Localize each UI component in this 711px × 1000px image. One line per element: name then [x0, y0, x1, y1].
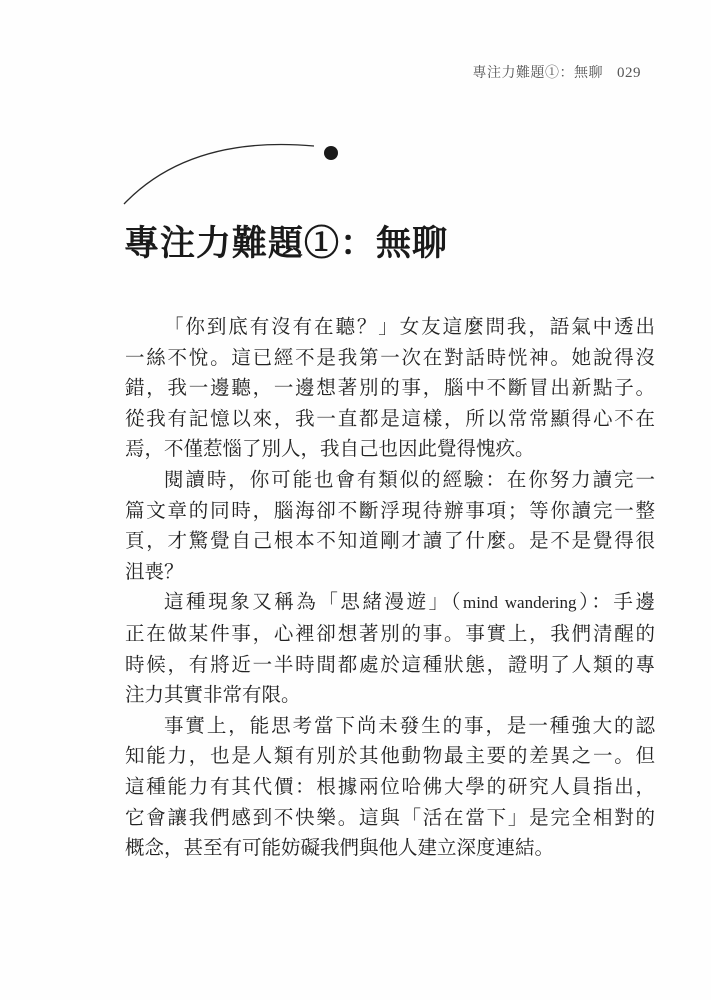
text-line: 焉，不僅惹惱了別人，我自己也因此覺得愧疚。: [125, 434, 655, 465]
text-line: 時候，有將近一半時間都處於這種狀態，證明了人類的專: [125, 650, 655, 681]
text-line: 頁，才驚覺自己根本不知道剛才讀了什麼。是不是覺得很: [125, 526, 655, 557]
text-line: 它會讓我們感到不快樂。這與「活在當下」是完全相對的: [125, 803, 655, 834]
paragraph-3-cont: 正在做某件事，心裡卻想著別的事。事實上，我們清醒的 時候，有將近一半時間都處於這…: [125, 619, 655, 711]
text-line: 正在做某件事，心裡卻想著別的事。事實上，我們清醒的: [125, 619, 655, 650]
text-line: 「你到底有沒有在聽？」女友這麼問我，語氣中透出: [125, 312, 655, 343]
paragraph-4-cont: 知能力，也是人類有別於其他動物最主要的差異之一。但 這種能力有其代價：根據兩位哈…: [125, 741, 655, 863]
paragraph-3: 這種現象又稱為「思緒漫遊」（mind wandering）：手邊: [125, 587, 655, 619]
text-span: 這種現象又稱為「思緒漫遊」（: [164, 590, 463, 613]
text-line: 知能力，也是人類有別於其他動物最主要的差異之一。但: [125, 741, 655, 772]
text-line: 概念，甚至有可能妨礙我們與他人建立深度連結。: [125, 833, 655, 864]
paragraph-2: 閱讀時，你可能也會有類似的經驗：在你努力讀完一: [125, 465, 655, 496]
text-line: 從我有記憶以來，我一直都是這樣，所以常常顯得心不在: [125, 404, 655, 435]
text-line: 事實上，能思考當下尚未發生的事，是一種強大的認: [125, 711, 655, 742]
book-page: 專注力難題①：無聊029 專注力難題①：無聊 「你到底有沒有在聽？」女友這麼問我…: [0, 0, 711, 1000]
text-line: 閱讀時，你可能也會有類似的經驗：在你努力讀完一: [125, 465, 655, 496]
text-line: 篇文章的同時，腦海卻不斷浮現待辦事項；等你讀完一整: [125, 496, 655, 527]
body-text: 「你到底有沒有在聽？」女友這麼問我，語氣中透出 一絲不悅。這已經不是我第一次在對…: [125, 312, 655, 864]
text-line: 錯，我一邊聽，一邊想著別的事，腦中不斷冒出新點子。: [125, 373, 655, 404]
arc-dot-ornament-icon: [0, 0, 711, 230]
text-span: ）：手邊: [577, 590, 655, 613]
paragraph-1: 「你到底有沒有在聽？」女友這麼問我，語氣中透出: [125, 312, 655, 343]
text-line: 沮喪？: [125, 557, 655, 588]
text-line: 注力其實非常有限。: [125, 680, 655, 711]
english-term: mind wandering: [463, 593, 577, 612]
paragraph-1-cont: 一絲不悅。這已經不是我第一次在對話時恍神。她說得沒 錯，我一邊聽，一邊想著別的事…: [125, 343, 655, 465]
text-line: 一絲不悅。這已經不是我第一次在對話時恍神。她說得沒: [125, 343, 655, 374]
paragraph-2-cont: 篇文章的同時，腦海卻不斷浮現待辦事項；等你讀完一整 頁，才驚覺自己根本不知道剛才…: [125, 496, 655, 588]
paragraph-4: 事實上，能思考當下尚未發生的事，是一種強大的認: [125, 711, 655, 742]
text-line: 這種現象又稱為「思緒漫遊」（mind wandering）：手邊: [125, 587, 655, 619]
text-line: 這種能力有其代價：根據兩位哈佛大學的研究人員指出，: [125, 772, 655, 803]
chapter-title: 專注力難題①：無聊: [124, 216, 448, 266]
